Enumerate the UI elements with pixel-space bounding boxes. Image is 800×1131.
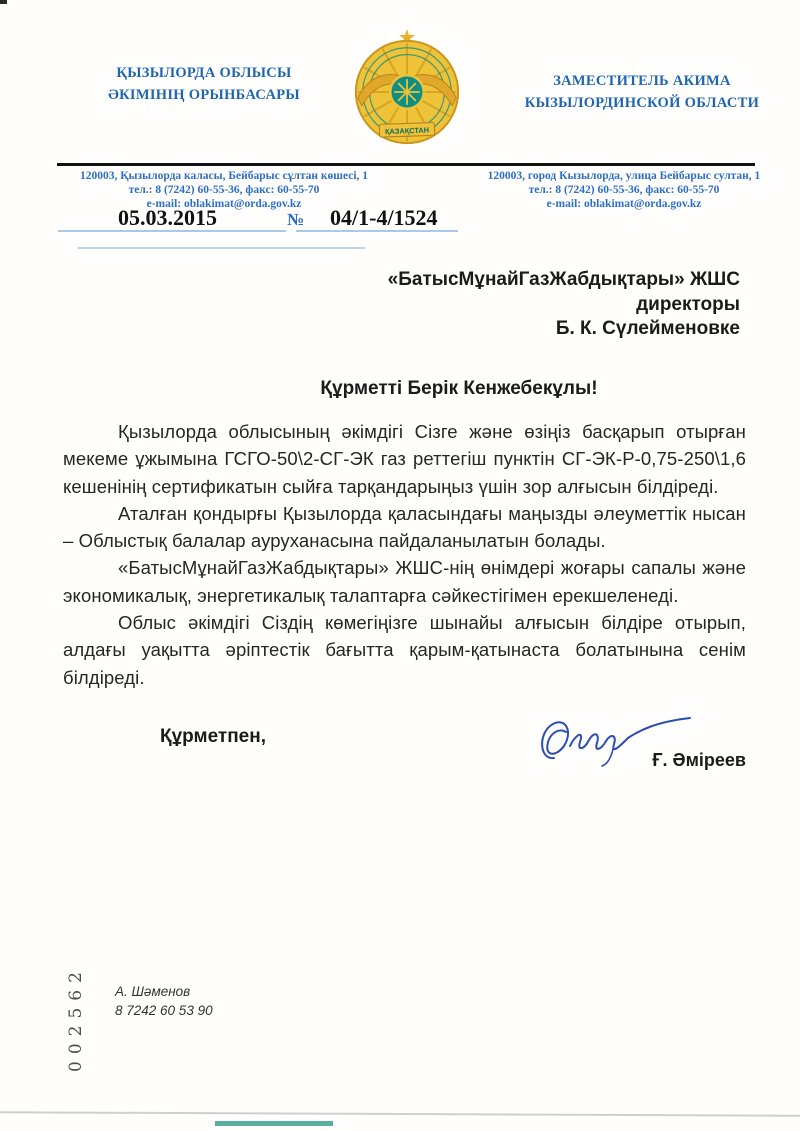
kazakhstan-state-emblem-icon: ҚАЗАҚСТАН	[348, 26, 466, 156]
body-paragraph-1: Қызылорда облысының әкімдігі Сізге және …	[63, 418, 746, 500]
date-underline	[58, 230, 286, 232]
letterhead-title-kazakh: ҚЫЗЫЛОРДА ОБЛЫСЫ ӘКІМІНІҢ ОРЫНБАСАРЫ	[58, 62, 350, 106]
address-russian-email: e-mail: oblakimat@orda.gov.kz	[458, 198, 790, 212]
letter-date: 05.03.2015	[118, 205, 217, 231]
registration-stamp-number: 002562	[66, 965, 86, 1072]
address-russian-phone: тел.: 8 (7242) 60-55-36, факс: 60-55-70	[458, 184, 790, 198]
recipient-position: директоры	[240, 293, 740, 318]
recipient-block: «БатысМұнайГазЖабдықтары» ЖШС директоры …	[240, 268, 740, 342]
letterhead-divider-rule	[57, 163, 755, 166]
number-underline	[296, 230, 458, 232]
letter-body: Қызылорда облысының әкімдігі Сізге және …	[63, 418, 746, 691]
executor-name: А. Шәменов	[115, 983, 213, 1002]
letterhead-title-kazakh-line1: ҚЫЗЫЛОРДА ОБЛЫСЫ	[58, 62, 350, 84]
scan-corner-artifact	[0, 0, 7, 4]
emblem-banner-text: ҚАЗАҚСТАН	[385, 126, 429, 137]
letterhead-title-russian-line1: ЗАМЕСТИТЕЛЬ АКИМА	[492, 70, 792, 92]
recipient-company: «БатысМұнайГазЖабдықтары» ЖШС	[240, 268, 740, 293]
body-paragraph-2: Аталған қондырғы Қызылорда қаласындағы м…	[63, 500, 746, 555]
letterhead-title-russian-line2: КЫЗЫЛОРДИНСКОЙ ОБЛАСТИ	[492, 92, 792, 114]
valediction: Құрметпен,	[160, 726, 266, 748]
scan-bottom-teal-mark	[215, 1121, 333, 1126]
scan-bottom-edge	[0, 1111, 800, 1116]
body-paragraph-3: «БатысМұнайГазЖабдықтары» ЖШС-нің өнімде…	[63, 554, 746, 609]
executor-phone: 8 7242 60 53 90	[115, 1002, 213, 1021]
number-sign: №	[287, 210, 304, 230]
address-russian-street: 120003, город Кызылорда, улица Бейбарыс …	[458, 170, 790, 184]
signatory-name: Ғ. Әміреев	[610, 750, 746, 771]
executor-block: А. Шәменов 8 7242 60 53 90	[115, 983, 213, 1020]
letter-outgoing-number: 04/1-4/1524	[330, 205, 438, 231]
address-kazakh-phone: тел.: 8 (7242) 60-55-36, факс: 60-55-70	[58, 184, 390, 198]
recipient-name: Б. К. Сүлейменовке	[240, 317, 740, 342]
body-paragraph-4: Облыс әкімдігі Сіздің көмегіңізге шынайы…	[63, 609, 746, 691]
letter-page: ҚЫЗЫЛОРДА ОБЛЫСЫ ӘКІМІНІҢ ОРЫНБАСАРЫ	[0, 0, 800, 1131]
address-kazakh-street: 120003, Қызылорда каласы, Бейбарыс сұлта…	[58, 170, 390, 184]
salutation: Құрметті Берік Кенжебекұлы!	[118, 378, 800, 400]
letterhead-title-russian: ЗАМЕСТИТЕЛЬ АКИМА КЫЗЫЛОРДИНСКОЙ ОБЛАСТИ	[492, 70, 792, 114]
secondary-underline	[78, 247, 365, 249]
address-block-russian: 120003, город Кызылорда, улица Бейбарыс …	[458, 170, 790, 211]
letterhead-title-kazakh-line2: ӘКІМІНІҢ ОРЫНБАСАРЫ	[58, 84, 350, 106]
